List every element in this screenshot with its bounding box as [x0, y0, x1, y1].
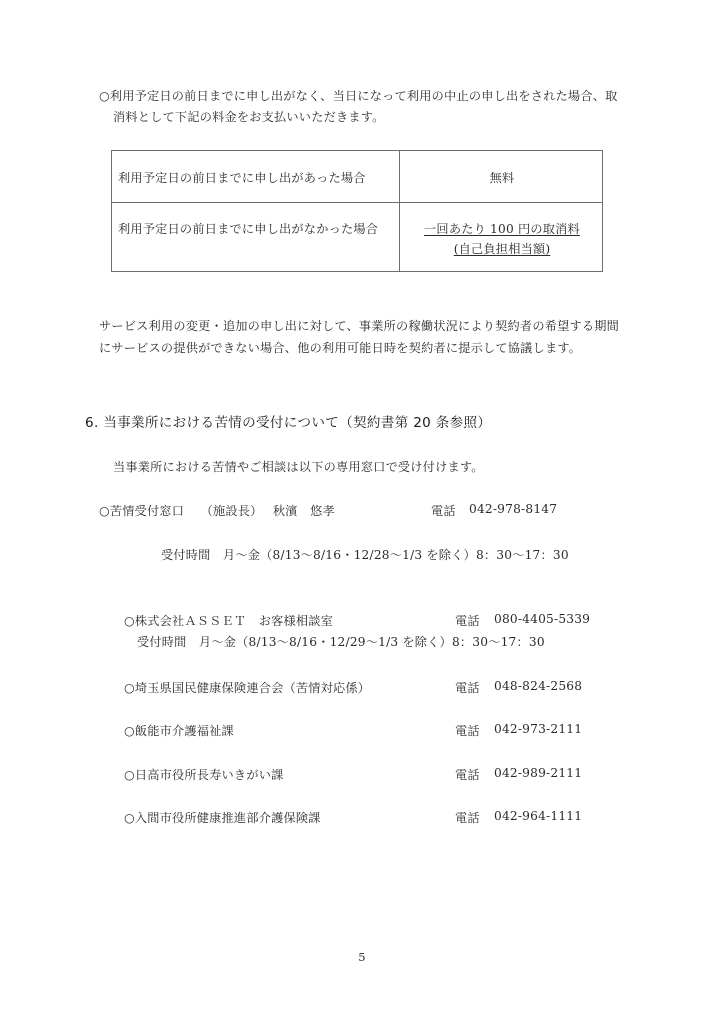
page-number: 5 [0, 950, 724, 964]
contact-phone-number: 048-824-2568 [494, 679, 582, 693]
table-row: 利用予定日の前日までに申し出がなかった場合 一回あたり 100 円の取消料 (自… [112, 203, 602, 271]
contact-phone-number: 042-978-8147 [469, 502, 557, 516]
table-cell-condition: 利用予定日の前日までに申し出がなかった場合 [118, 220, 378, 237]
table-cell-condition: 利用予定日の前日までに申し出があった場合 [118, 169, 366, 186]
cancellation-notice-line: 消料として下記の料金をお支払いいただきます。 [113, 111, 385, 123]
contact-phone-label: 電話 [455, 679, 480, 696]
contact-name: ○苦情受付窓口 （施設長） 秋濱 悠孝 [99, 502, 335, 519]
contact-phone-number: 080-4405-5339 [494, 612, 590, 626]
table-cell-fee: 無料 [400, 169, 604, 186]
table-column-divider [399, 151, 400, 271]
cancellation-fee-table: 利用予定日の前日までに申し出があった場合 無料 利用予定日の前日までに申し出がな… [111, 150, 603, 272]
contact-phone-label: 電話 [431, 502, 456, 519]
contact-name: ○日高市役所長寿いきがい課 [124, 766, 283, 783]
contact-phone-number: 042-989-2111 [494, 766, 582, 780]
contact-name: ○株式会社ＡＳＳＥＴ お客様相談室 [124, 612, 333, 629]
contact-phone-label: 電話 [455, 722, 480, 739]
table-cell-fee-note: (自己負担相当額) [400, 240, 604, 257]
contact-phone-label: 電話 [455, 766, 480, 783]
section-intro: 当事業所における苦情やご相談は以下の専用窓口で受け付けます。 [113, 458, 484, 475]
contact-hours: 受付時間 月～金（8/13～8/16・12/29～1/3 を除く）8：30～17… [137, 633, 545, 650]
contact-phone-number: 042-964-1111 [494, 809, 582, 823]
cancellation-notice-line: ○利用予定日の前日までに申し出がなく、当日になって利用の中止の申し出をされた場合… [99, 90, 617, 102]
change-notice-line: サービス利用の変更・追加の申し出に対して、事業所の稼働状況により契約者の希望する… [99, 320, 619, 332]
contact-phone-number: 042-973-2111 [494, 722, 582, 736]
change-notice-line: にサービスの提供ができない場合、他の利用可能日時を契約者に提示して協議します。 [99, 342, 581, 354]
table-cell-fee: 一回あたり 100 円の取消料 [400, 220, 604, 237]
section-heading: 6. 当事業所における苦情の受付について（契約書第 20 条参照） [85, 411, 491, 431]
contact-name: ○埼玉県国民健康保険連合会（苦情対応係） [124, 679, 370, 696]
contact-phone-label: 電話 [455, 612, 480, 629]
contact-hours: 受付時間 月～金（8/13～8/16・12/28～1/3 を除く）8：30～17… [161, 546, 569, 563]
contact-phone-label: 電話 [455, 809, 480, 826]
contact-name: ○入間市役所健康推進部介護保険課 [124, 809, 321, 826]
contact-name: ○飯能市介護福祉課 [124, 722, 234, 739]
table-row: 利用予定日の前日までに申し出があった場合 無料 [112, 151, 602, 203]
